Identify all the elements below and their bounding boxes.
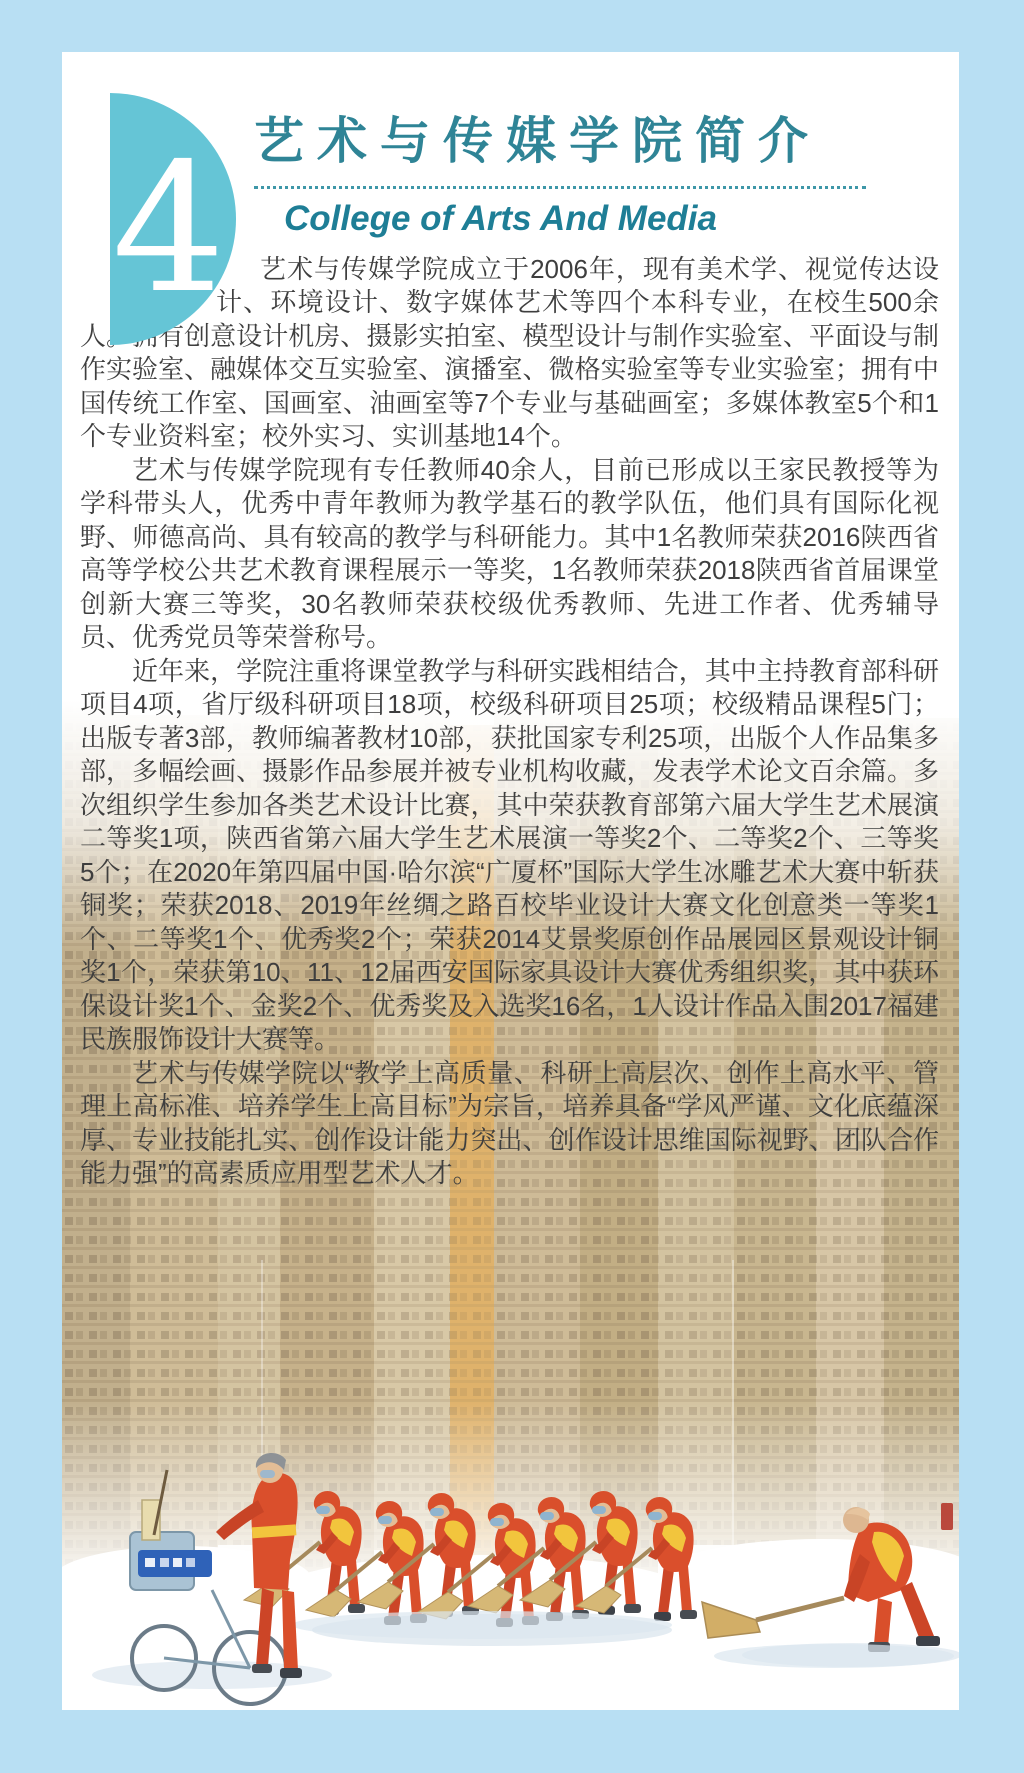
section-header: 4 艺术与传媒学院简介 College of Arts And Media <box>62 52 959 241</box>
section-number: 4 <box>112 140 225 318</box>
page-frame: 4 艺术与传媒学院简介 College of Arts And Media 艺术… <box>0 0 1024 1773</box>
section-number-badge: 4 <box>110 93 236 345</box>
body-text: 艺术与传媒学院成立于2006年，现有美术学、视觉传达设计、环境设计、数字媒体艺术… <box>62 253 959 1191</box>
page-title: 艺术与传媒学院简介 <box>254 108 866 174</box>
paragraph-mission: 艺术与传媒学院以“教学上高质量、科研上高层次、创作上高水平、管理上高标准、培养学… <box>80 1057 939 1191</box>
red-seal <box>941 1503 953 1530</box>
dotted-divider <box>254 186 866 189</box>
paragraph-achievements: 近年来，学院注重将课堂教学与科研实践相结合，其中主持教育部科研项目4项，省厅级科… <box>80 655 939 1057</box>
page-subtitle: College of Arts And Media <box>284 197 866 241</box>
paragraph-faculty: 艺术与传媒学院现有专任教师40余人，目前已形成以王家民教授等为学科带头人，优秀中… <box>80 454 939 655</box>
brochure-page: 4 艺术与传媒学院简介 College of Arts And Media 艺术… <box>62 52 959 1710</box>
